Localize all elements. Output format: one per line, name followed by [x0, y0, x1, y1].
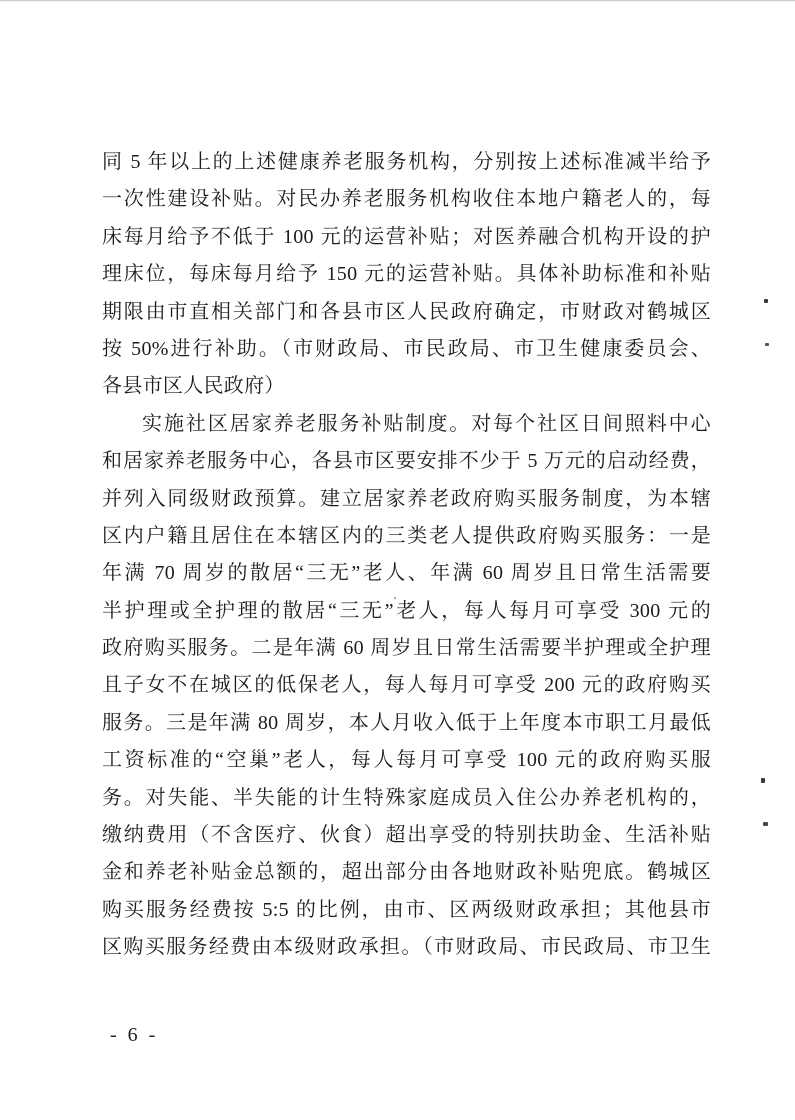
- text-line: 年满 70 周岁的散居“三无”老人、年满 60 周岁且日常生活需要: [102, 555, 711, 592]
- document-body: 同 5 年以上的上述健康养老服务机构，分别按上述标准减半给予一次性建设补贴。对民…: [102, 144, 711, 967]
- text-line: 并列入同级财政预算。建立居家养老政府购买服务制度，为本辖: [102, 481, 711, 518]
- text-line: 理床位，每床每月给予 150 元的运营补贴。具体补助标准和补贴: [102, 256, 711, 293]
- text-line: 和居家养老服务中心，各县市区要安排不少于 5 万元的启动经费，: [102, 443, 711, 480]
- text-line: 务。对失能、半失能的计生特殊家庭成员入住公办养老机构的，: [102, 780, 711, 817]
- text-line: 工资标准的“空巢”老人，每人每月可享受 100 元的政府购买服: [102, 742, 711, 779]
- text-line: 政府购买服务。二是年满 60 周岁且日常生活需要半护理或全护理: [102, 630, 711, 667]
- scan-speck: [394, 597, 396, 599]
- text-line: 服务。三是年满 80 周岁，本人月收入低于上年度本市职工月最低: [102, 705, 711, 742]
- text-line: 且子女不在城区的低保老人，每人每月可享受 200 元的政府购买: [102, 667, 711, 704]
- text-line: 区购买服务经费由本级财政承担。（市财政局、市民政局、市卫生: [102, 929, 711, 966]
- text-line: 金和养老补贴金总额的，超出部分由各地财政补贴兜底。鹤城区: [102, 854, 711, 891]
- text-line: 期限由市直相关部门和各县市区人民政府确定，市财政对鹤城区: [102, 294, 711, 331]
- scan-top-edge: [0, 0, 795, 2]
- text-line: 床每月给予不低于 100 元的运营补贴；对医养融合机构开设的护: [102, 219, 711, 256]
- scan-speck: [764, 299, 768, 303]
- text-line: 购买服务经费按 5:5 的比例，由市、区两级财政承担；其他县市: [102, 892, 711, 929]
- text-line: 同 5 年以上的上述健康养老服务机构，分别按上述标准减半给予: [102, 144, 711, 181]
- scanned-document-page: 同 5 年以上的上述健康养老服务机构，分别按上述标准减半给予一次性建设补贴。对民…: [0, 0, 795, 1120]
- page-number: - 6 -: [110, 1022, 158, 1048]
- scan-speck: [765, 343, 769, 346]
- scan-speck: [763, 822, 768, 826]
- text-line: 一次性建设补贴。对民办养老服务机构收住本地户籍老人的，每: [102, 181, 711, 218]
- text-line: 半护理或全护理的散居“三无”老人，每人每月可享受 300 元的: [102, 593, 711, 630]
- text-line: 各县市区人民政府）: [102, 368, 711, 405]
- text-line: 实施社区居家养老服务补贴制度。对每个社区日间照料中心: [102, 406, 711, 443]
- text-line: 区内户籍且居住在本辖区内的三类老人提供政府购买服务：一是: [102, 518, 711, 555]
- text-line: 按 50%进行补助。（市财政局、市民政局、市卫生健康委员会、: [102, 331, 711, 368]
- scan-speck: [761, 778, 765, 783]
- text-line: 缴纳费用（不含医疗、伙食）超出享受的特别扶助金、生活补贴: [102, 817, 711, 854]
